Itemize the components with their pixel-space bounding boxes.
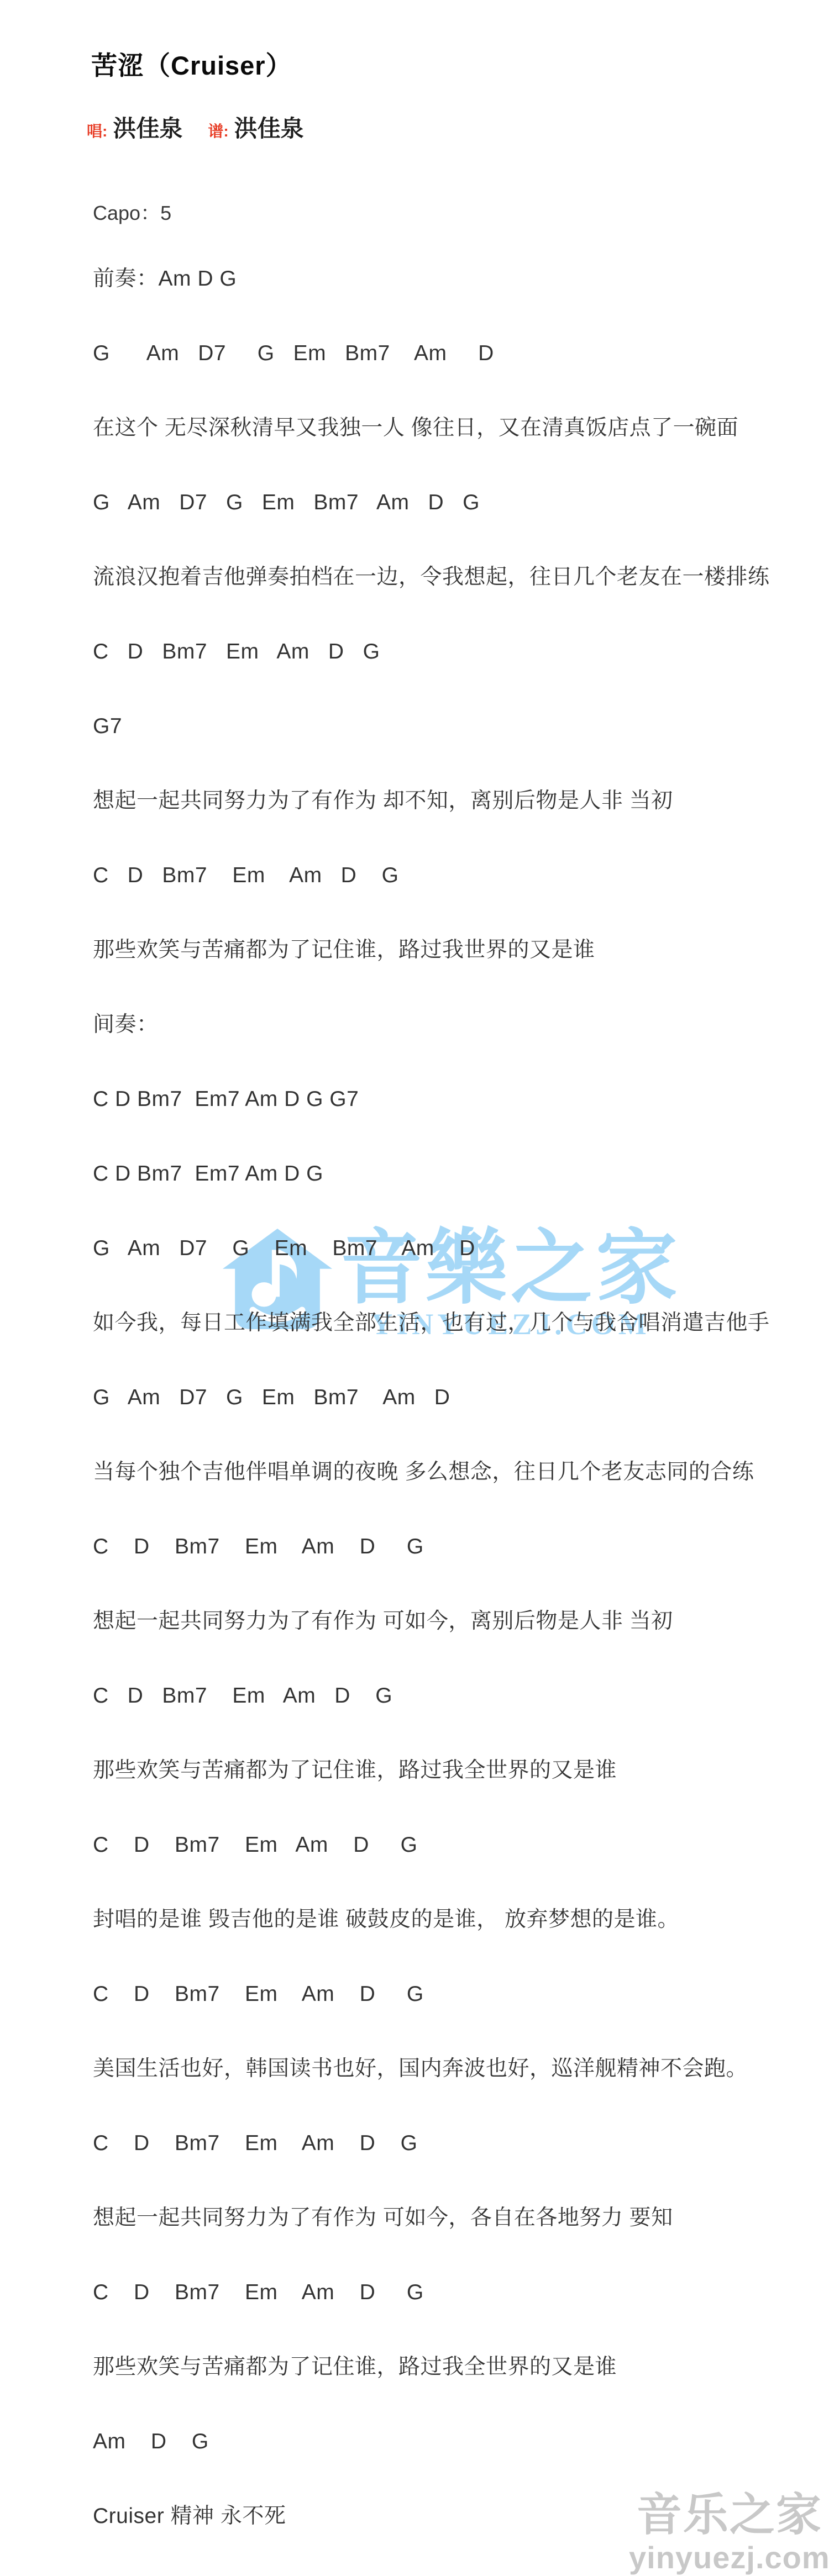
chord-line: C D Bm7 Em7 Am D G [93, 1136, 807, 1211]
chord-sheet-page: 苦涩（Cruiser） 唱: 洪佳泉 谱: 洪佳泉 Capo：5 音樂之家 YI… [0, 0, 829, 2576]
chord-line: G Am D7 G Em Bm7 Am D [93, 316, 807, 391]
section-label: 间奏： [93, 987, 807, 1062]
lyric-line: Cruiser 精神 永不死 [93, 2479, 807, 2553]
lyric-line: 那些欢笑与苦痛都为了记住谁，路过我世界的又是谁 [93, 913, 807, 987]
lyric-line: 如今我，每日工作填满我全部生活，也有过，几个与我合唱消遣吉他手 [93, 1286, 807, 1360]
section-label: 前奏：Am D G [93, 241, 807, 316]
lyric-line: 想起一起共同努力为了有作为 可如今，各自在各地努力 要知 [93, 2180, 807, 2255]
chord-line: C D Bm7 Em Am D G [93, 1509, 807, 1584]
author-line: 唱: 洪佳泉 谱: 洪佳泉 [87, 110, 304, 144]
chord-line: C D Bm7 Em Am D G [93, 1658, 807, 1733]
capo-info: Capo：5 [93, 198, 171, 226]
composer-name: 洪佳泉 [234, 110, 304, 144]
chord-line: Am D G [93, 2404, 807, 2479]
singer-label: 唱: [87, 119, 107, 141]
chord-sheet: 前奏：Am D GG Am D7 G Em Bm7 Am D在这个 无尽深秋清早… [93, 241, 807, 2553]
chord-line: C D Bm7 Em Am D G [93, 1808, 807, 1882]
chord-line: C D Bm7 Em7 Am D G G7 [93, 1062, 807, 1136]
chord-line: C D Bm7 Em Am D G [93, 2255, 807, 2330]
chord-line: G Am D7 G Em Bm7 Am D G [93, 465, 807, 540]
composer-label: 谱: [208, 119, 228, 141]
lyric-line: 当每个独个吉他伴唱单调的夜晚 多么想念，往日几个老友志同的合练 [93, 1435, 807, 1509]
lyric-line: 那些欢笑与苦痛都为了记住谁，路过我全世界的又是谁 [93, 1733, 807, 1808]
lyric-line: 美国生活也好，韩国读书也好，国内奔波也好，巡洋舰精神不会跑。 [93, 2031, 807, 2106]
lyric-line: 流浪汉抱着吉他弹奏拍档在一边，令我想起，往日几个老友在一楼排练 [93, 540, 807, 614]
lyric-line: 想起一起共同努力为了有作为 却不知，离别后物是人非 当初 [93, 763, 807, 838]
chord-line: C D Bm7 Em Am D G [93, 614, 807, 689]
chord-line: G Am D7 G Em Bm7 Am D [93, 1360, 807, 1435]
lyric-line: 在这个 无尽深秋清早又我独一人 像往日，又在清真饭店点了一碗面 [93, 391, 807, 465]
page-title: 苦涩（Cruiser） [91, 45, 292, 82]
chord-line: C D Bm7 Em Am D G [93, 838, 807, 913]
lyric-line: 封唱的是谁 毁吉他的是谁 破鼓皮的是谁， 放弃梦想的是谁。 [93, 1882, 807, 1957]
lyric-line: 那些欢笑与苦痛都为了记住谁，路过我全世界的又是谁 [93, 2330, 807, 2404]
chord-line: C D Bm7 Em Am D G [93, 1957, 807, 2031]
chord-line: C D Bm7 Em Am D G [93, 2106, 807, 2180]
chord-line: G7 [93, 689, 807, 763]
lyric-line: 想起一起共同努力为了有作为 可如今，离别后物是人非 当初 [93, 1584, 807, 1658]
chord-line: G Am D7 G Em Bm7 Am D [93, 1211, 807, 1286]
singer-name: 洪佳泉 [113, 110, 182, 144]
